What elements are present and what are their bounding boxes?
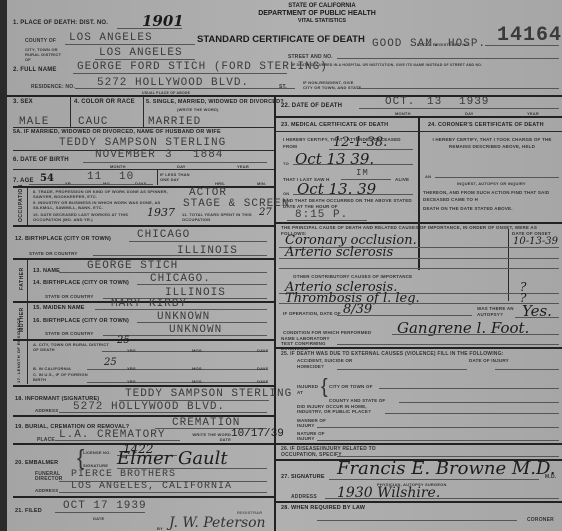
coroner-text-1: I HEREBY CERTIFY, THAT I TOOK CHARGE OF … — [423, 136, 561, 150]
injured-at-label: INJURED AT — [297, 384, 317, 396]
father-name-value: GEORGE STICH — [87, 260, 178, 272]
residence-c-days: DAYS — [257, 379, 269, 384]
residence-c-mos: MOS. — [192, 379, 203, 384]
when-required-label: 28. WHEN REQUIRED BY LAW — [281, 505, 365, 511]
contributory-label: OTHER CONTRIBUTORY CAUSES OF IMPORTANCE — [293, 274, 412, 279]
city-value: LOS ANGELES — [99, 47, 183, 59]
coroner-text-3: DEATH ON THE DATE STATED ABOVE. — [423, 206, 513, 211]
date-of-death-label: 22. DATE OF DEATH — [281, 103, 342, 109]
informant-value: TEDDY SAMPSON STERLING — [125, 388, 292, 400]
county-value: LOS ANGELES — [69, 32, 153, 44]
embalmer-signature: Elmer Gault — [117, 448, 228, 469]
county-label: COUNTY OF — [25, 38, 56, 44]
burial-date-label: WRITE THE WORD DATE — [187, 432, 231, 442]
mother-state-label: STATE OR COUNTRY — [45, 331, 94, 336]
date-injury-label: DATE OF INJURY — [469, 358, 509, 364]
date-of-death-day: 13 — [427, 96, 442, 108]
director-address-value: LOS ANGELES, CALIFORNIA — [71, 481, 232, 492]
residence-b-years: 25 — [104, 357, 117, 368]
attended-to-label: TO — [283, 161, 289, 166]
injury-where-label: DID INJURY OCCUR IN HOME, INDUSTRY, OR P… — [297, 404, 387, 414]
age-days: 10 — [119, 171, 134, 183]
dob-month: NOVEMBER — [95, 149, 156, 161]
coroner-an-label: AN — [425, 174, 431, 179]
inquest-label: INQUEST, AUTOPSY OR INQUIRY — [457, 181, 526, 186]
death-certificate: STATE OF CALIFORNIA DEPARTMENT OF PUBLIC… — [4, 0, 562, 531]
occupation-side-label: OCCUPATION — [18, 184, 24, 222]
last-saw-pronoun: IM — [356, 168, 369, 178]
father-birthplace-label: 14. BIRTHPLACE (CITY OR TOWN) — [33, 280, 129, 286]
street-value: GOOD SAM. HOSP. — [372, 38, 486, 50]
coroner-label: CORONER — [527, 517, 554, 523]
residence-a-label: A. CITY, TOWN OR RURAL DISTRICT OF DEATH — [33, 342, 113, 352]
industry-value: STAGE & SCREEN — [183, 198, 289, 210]
marital-label: 5. SINGLE, MARRIED, WIDOWED OR DIVORCED? — [146, 99, 284, 105]
father-name-label: 13. NAME — [33, 268, 60, 274]
spouse-label: 5A. IF MARRIED, WIDOWED OR DIVORCED, NAM… — [13, 129, 221, 135]
injury-city-label: CITY OR TOWN OF — [329, 384, 373, 389]
burial-date-value: 10/17/39 — [231, 428, 284, 440]
mother-birthplace-label: 16. BIRTHPLACE (CITY OR TOWN) — [33, 318, 129, 324]
residence-a-years: 25 — [117, 335, 130, 346]
director-label: FUNERAL DIRECTOR — [35, 472, 57, 482]
coroner-certificate-label: 24. CORONER'S CERTIFICATE OF DEATH — [428, 122, 544, 128]
residence-c-yrs: YRS. — [127, 379, 137, 384]
residence-b-mos: MOS. — [192, 366, 203, 371]
birthplace-label: 12. BIRTHPLACE (CITY OR TOWN) — [15, 236, 111, 242]
full-name-value: GEORGE FORD STICH (FORD STERLING) — [77, 61, 328, 73]
residence-b-label: B. IN CALIFORNIA — [33, 366, 71, 371]
city-label: CITY, TOWN OR RURAL DISTRICT OF — [25, 47, 65, 62]
maiden-name-label: 15. MAIDEN NAME — [33, 305, 85, 311]
residence-c-label: C. IN U.S., IF OF FOREIGN BIRTH — [33, 372, 88, 382]
attended-to: Oct 13 39. — [295, 150, 374, 168]
sex-label: 3. SEX — [13, 99, 33, 105]
header-department: DEPARTMENT OF PUBLIC HEALTH — [217, 10, 417, 17]
coroner-text-2: THEREON, AND FROM SUCH ACTION FIND THAT … — [423, 189, 561, 203]
residence-b-days: DAYS — [257, 366, 269, 371]
race-label: 4. COLOR OR RACE — [74, 99, 135, 105]
md-label: M.D. — [545, 474, 556, 480]
father-side-label: FATHER — [19, 267, 25, 290]
age-years: 54 — [40, 173, 54, 184]
principal-onset-1: 10-13-39 — [513, 236, 558, 247]
condition-label: CONDITION FOR WHICH PERFORMED — [283, 330, 371, 335]
trade-label: 8. TRADE, PROFESSION OR KIND OF WORK DON… — [33, 189, 183, 199]
residence-a-days: DAYS — [257, 348, 269, 353]
embalmer-label: 20. EMBALMER — [15, 460, 58, 466]
residence-label: RESIDENCE: NO. — [31, 84, 75, 90]
filed-date: OCT 17 1939 — [63, 500, 147, 512]
director-value: PIERCE BROTHERS — [71, 469, 176, 480]
less-than-day-label: IF LESS THAN ONE DAY — [160, 172, 200, 182]
external-causes-label: 25. IF DEATH WAS DUE TO EXTERNAL CAUSES … — [281, 351, 504, 357]
last-saw-date: Oct 13. 39 — [297, 180, 376, 198]
dob-label: 6. DATE OF BIRTH — [13, 157, 69, 163]
physician-address-label: ADDRESS — [291, 494, 317, 500]
injury-county-label: COUNTY AND STATE OF — [329, 398, 385, 403]
informant-address-label: ADDRESS — [35, 408, 58, 413]
place-of-death-label: 1. PLACE OF DEATH: DIST. NO. — [13, 20, 108, 26]
director-address-label: ADDRESS — [35, 488, 58, 493]
dob-year: 1884 — [193, 149, 223, 161]
filed-by-label: BY — [157, 526, 163, 531]
medical-certificate-label: 23. MEDICAL CERTIFICATE OF DEATH — [281, 122, 388, 128]
street-label: STREET AND NO. — [288, 54, 333, 60]
bracket-icon: { — [321, 377, 328, 397]
local-registered-number: 14164 — [497, 24, 562, 47]
full-name-label: 2. FULL NAME — [13, 67, 57, 73]
attended-from: 12-1-38. — [333, 135, 387, 150]
father-state-label: STATE OR COUNTRY — [45, 294, 94, 299]
header-state: STATE OF CALIFORNIA — [262, 3, 382, 9]
filed-label: 21. FILED — [15, 508, 42, 514]
autopsy-label: WAS THERE AN AUTOPSY? — [477, 306, 519, 318]
residence-st-label: ST. — [279, 84, 287, 90]
residence-length-side-label: 17. LENGTH OF RESIDENCE — [16, 317, 21, 383]
physician-signature: Francis E. Browne M.D. — [337, 458, 556, 479]
embalmer-signature-label: SIGNATURE — [83, 463, 108, 468]
residence-a-mos: MOS. — [192, 348, 203, 353]
license-label: LICENSE NO. — [83, 450, 111, 455]
birthplace-city: CHICAGO — [137, 229, 190, 241]
alive-label: ALIVE — [395, 177, 409, 182]
date-of-death-year: 1939 — [459, 96, 489, 108]
spouse-value: TEDDY SAMPSON STERLING — [59, 137, 226, 149]
residence-b-yrs: YRS. — [127, 366, 137, 371]
operation-label: IF OPERATION, DATE OF — [283, 311, 341, 316]
last-worked-label: 10. DATE DECEASED LAST WORKED AT THIS OC… — [33, 212, 145, 222]
marital-hint: (WRITE THE WORD) — [177, 107, 219, 112]
total-years-label: 11. TOTAL YEARS SPENT IN THIS OCCUPATION — [182, 212, 254, 222]
physician-signature-label: 27. SIGNATURE — [281, 474, 325, 480]
dob-day: 3 — [165, 149, 173, 161]
age-months: 11 — [87, 171, 102, 183]
last-worked-value: 1937 — [147, 206, 175, 219]
nonresident-label: IF NON-RESIDENT, GIVE CITY OR TOWN, AND … — [303, 80, 363, 90]
filed-date-label: DATE — [93, 516, 104, 521]
total-years-value: 27 — [259, 207, 272, 218]
residence-a-yrs: YRS. — [127, 348, 137, 353]
on-label: ON — [283, 191, 289, 196]
birthplace-state-label: STATE OR COUNTRY — [29, 251, 78, 256]
header-division: VITAL STATISTICS — [262, 18, 382, 24]
date-of-death-month: OCT. — [385, 96, 415, 108]
registrar-signature: J. W. Peterson — [169, 515, 266, 531]
